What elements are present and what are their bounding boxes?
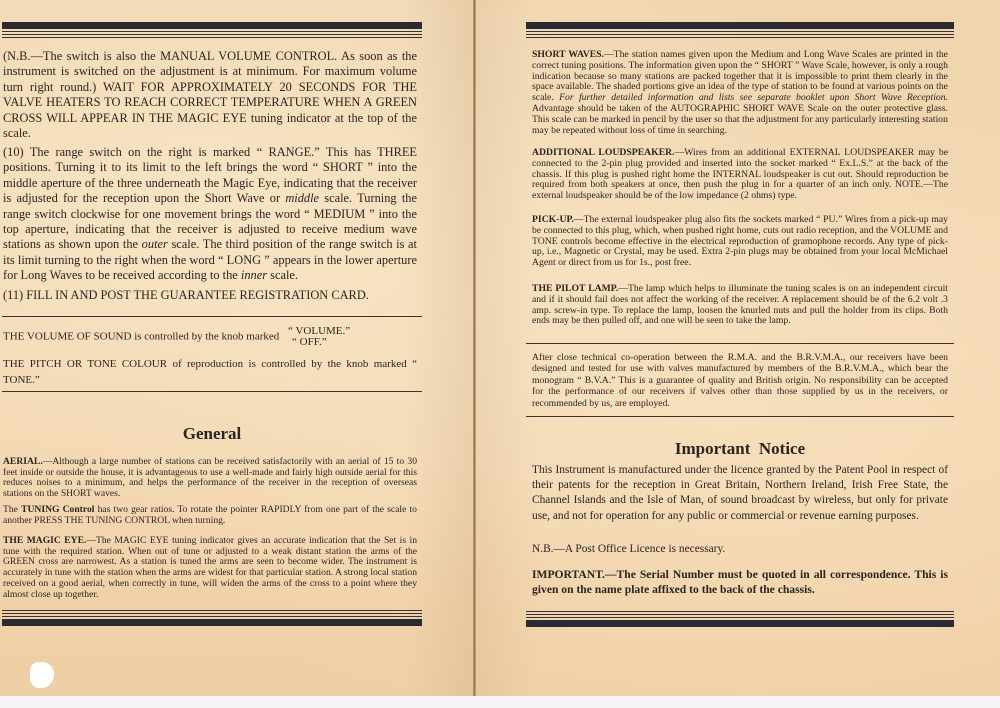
volume-paragraph: THE VOLUME OF SOUND is controlled by the… <box>3 326 417 348</box>
licence-note: N.B.—A Post Office Licence is necessary. <box>532 543 948 556</box>
divider <box>526 416 954 417</box>
pickup-paragraph: PICK-UP.—The external loudspeaker plug a… <box>532 215 948 269</box>
pilot-lamp-paragraph: THE PILOT LAMP.—The lamp which helps to … <box>532 284 948 327</box>
short-waves-paragraph: SHORT WAVES.—The station names given upo… <box>532 50 948 136</box>
right-page: SHORT WAVES.—The station names given upo… <box>476 0 1000 696</box>
nb-switch-paragraph: (N.B.—The switch is also the MANUAL VOLU… <box>3 49 417 141</box>
tone-paragraph: THE PITCH OR TONE COLOUR of reproduction… <box>3 357 417 388</box>
important-notice-heading: Important Notice <box>526 439 954 459</box>
registration-card-paragraph: (11) FILL IN AND POST THE GUARANTEE REGI… <box>3 288 417 303</box>
top-rule-right <box>526 22 954 38</box>
serial-number-notice: IMPORTANT.—The Serial Number must be quo… <box>532 567 948 598</box>
divider <box>2 391 422 392</box>
top-rule-left <box>2 22 422 38</box>
divider <box>526 343 954 344</box>
scan-background <box>0 696 1000 708</box>
booklet-spread: (N.B.—The switch is also the MANUAL VOLU… <box>0 0 1000 696</box>
general-heading: General <box>2 424 422 444</box>
bottom-rule-right <box>526 611 954 627</box>
magic-eye-paragraph: THE MAGIC EYE.—The MAGIC EYE tuning indi… <box>3 536 417 600</box>
rma-paragraph: After close technical co-operation betwe… <box>532 352 948 409</box>
divider <box>2 316 422 317</box>
aerial-paragraph: AERIAL.—Although a large number of stati… <box>3 457 417 500</box>
left-page: (N.B.—The switch is also the MANUAL VOLU… <box>0 0 474 696</box>
bottom-rule-left <box>2 610 422 626</box>
tuning-paragraph: The TUNING Control has two gear ratios. … <box>3 505 417 526</box>
volume-knob-labels: “ VOLUME.” “ OFF.” <box>288 326 350 348</box>
patent-notice-paragraph: This Instrument is manufactured under th… <box>532 463 948 524</box>
range-switch-paragraph: (10) The range switch on the right is ma… <box>3 145 417 284</box>
loudspeaker-paragraph: ADDITIONAL LOUDSPEAKER.—Wires from an ad… <box>532 148 948 202</box>
